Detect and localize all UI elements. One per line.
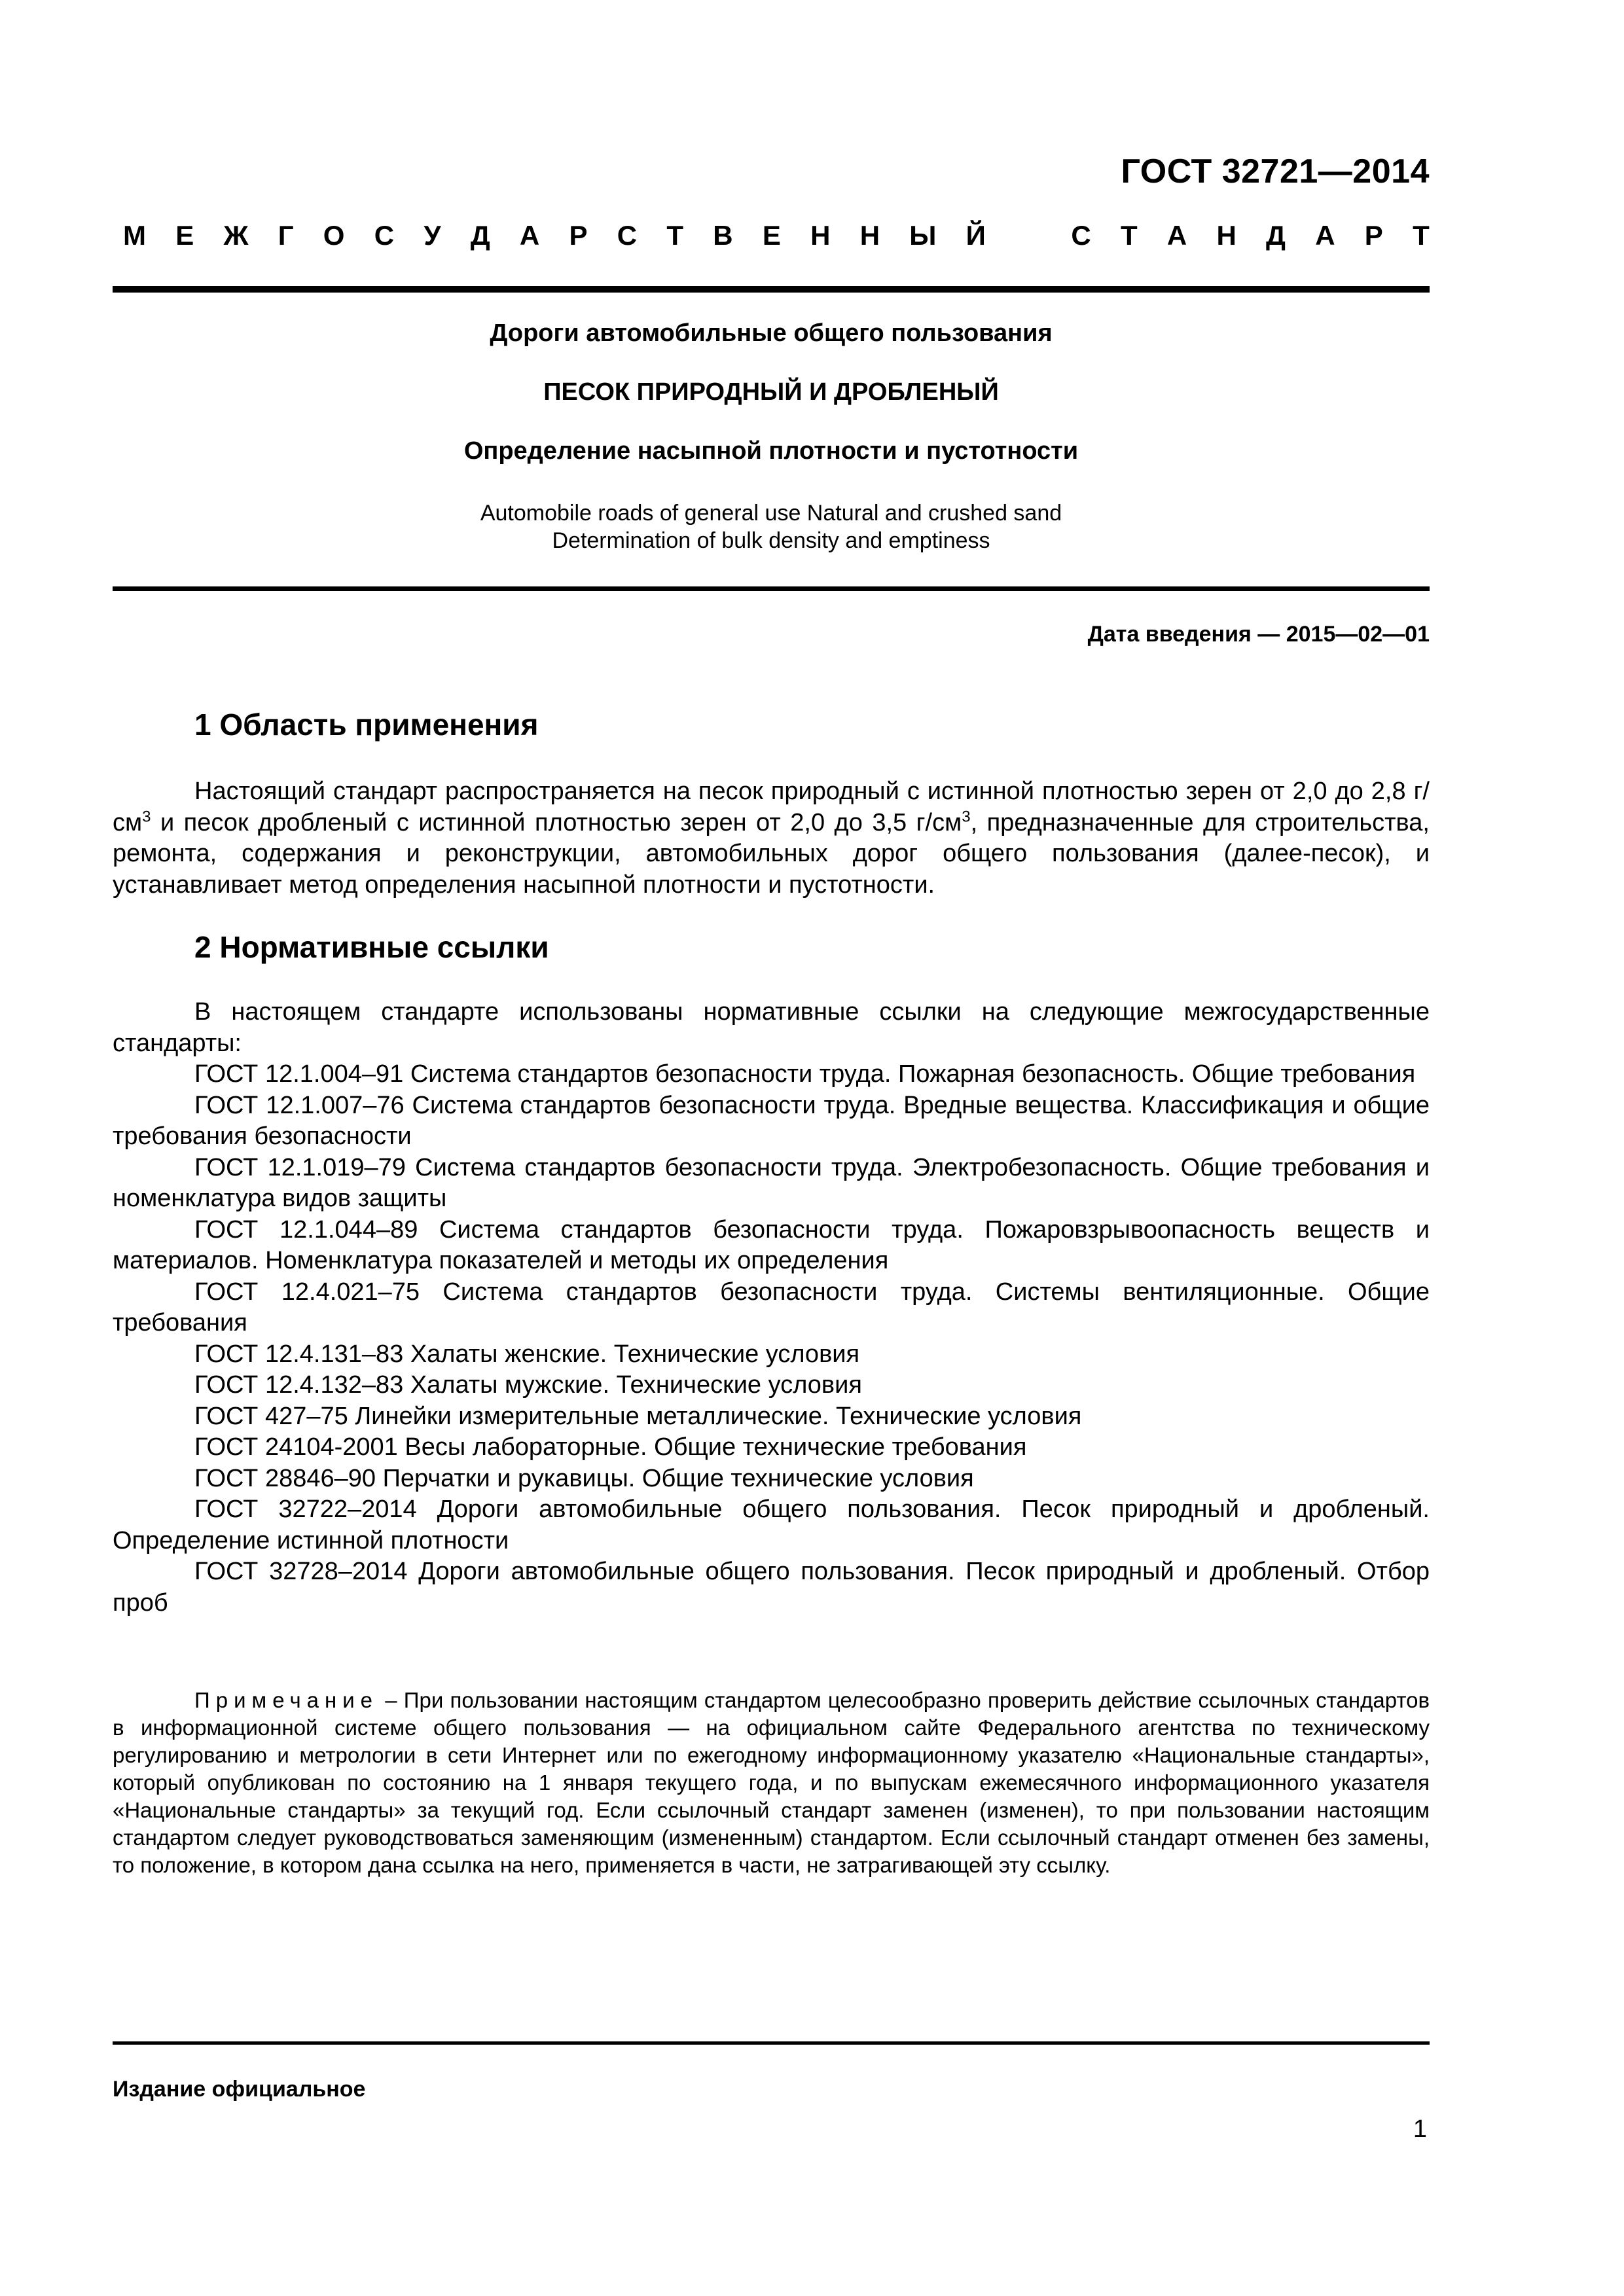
top-rule	[113, 286, 1430, 293]
standard-type-letter: С	[1071, 220, 1091, 251]
reference-list: ГОСТ 12.1.004–91 Система стандартов безо…	[113, 1059, 1430, 1619]
section-1-heading: 1 Область применения	[194, 707, 538, 742]
document-id: ГОСТ 32721—2014	[1121, 152, 1430, 191]
standard-type-letter: Н	[810, 220, 830, 251]
standard-type-letter: Й	[966, 220, 986, 251]
reference-item: ГОСТ 427–75 Линейки измерительные металл…	[113, 1401, 1430, 1433]
title-rule	[113, 586, 1430, 591]
reference-item: ГОСТ 12.4.131–83 Халаты женские. Техниче…	[113, 1339, 1430, 1371]
footer-rule	[113, 2041, 1430, 2045]
title-english-line2: Determination of bulk density and emptin…	[113, 527, 1430, 554]
standard-type-letter: В	[713, 220, 732, 251]
standard-type-letter: Д	[471, 220, 490, 251]
superscript: 3	[142, 808, 151, 825]
reference-item: ГОСТ 12.1.007–76 Система стандартов безо…	[113, 1090, 1430, 1153]
standard-type-letter: Т	[666, 220, 683, 251]
reference-item: ГОСТ 32722–2014 Дороги автомобильные общ…	[113, 1494, 1430, 1556]
standard-type-letter: С	[374, 220, 394, 251]
standard-type-letter: Д	[1266, 220, 1286, 251]
standard-type-letter: Е	[175, 220, 194, 251]
standard-type-letter: А	[520, 220, 539, 251]
standard-type-letter: Ж	[224, 220, 249, 251]
document-page: ГОСТ 32721—2014 МЕЖГОСУДАРСТВЕННЫЙ СТАНД…	[113, 0, 1430, 2296]
reference-item: ГОСТ 12.4.021–75 Система стандартов безо…	[113, 1277, 1430, 1339]
standard-type-letter: Т	[1121, 220, 1138, 251]
scope-paragraph: Настоящий стандарт распространяется на п…	[113, 776, 1430, 901]
standard-type-letter: Т	[1413, 220, 1430, 251]
reference-item: ГОСТ 12.4.132–83 Халаты мужские. Техниче…	[113, 1370, 1430, 1401]
standard-type-letter: А	[1167, 220, 1187, 251]
reference-item: ГОСТ 12.1.019–79 Система стандартов безо…	[113, 1153, 1430, 1215]
note-dash: –	[378, 1688, 404, 1712]
standard-type-letter: О	[323, 220, 345, 251]
section-2-heading: 2 Нормативные ссылки	[194, 929, 549, 965]
reference-item: ГОСТ 32728–2014 Дороги автомобильные общ…	[113, 1556, 1430, 1619]
standard-type-letter: У	[424, 220, 441, 251]
section-2-body: В настоящем стандарте использованы норма…	[113, 997, 1430, 1619]
standard-type-letter: Г	[278, 220, 294, 251]
title-main: ПЕСОК ПРИРОДНЫЙ И ДРОБЛЕНЫЙ	[113, 378, 1430, 406]
reference-item: ГОСТ 12.1.004–91 Система стандартов безо…	[113, 1059, 1430, 1090]
page-number: 1	[1413, 2115, 1427, 2144]
standard-type-heading: МЕЖГОСУДАРСТВЕННЫЙ СТАНДАРТ	[123, 220, 1430, 251]
title-english: Automobile roads of general use Natural …	[113, 499, 1430, 554]
standard-type-letter: Е	[763, 220, 781, 251]
standard-type-letter: Р	[1365, 220, 1383, 251]
standard-type-letter: С	[617, 220, 637, 251]
note-text: При пользовании настоящим стандартом цел…	[113, 1688, 1430, 1877]
title-subject: Дороги автомобильные общего пользования	[113, 319, 1430, 348]
reference-item: ГОСТ 12.1.044–89 Система стандартов безо…	[113, 1215, 1430, 1277]
note-block: Примечание – При пользовании настоящим с…	[113, 1687, 1430, 1879]
superscript: 3	[962, 808, 970, 825]
section-1-body: Настоящий стандарт распространяется на п…	[113, 776, 1430, 901]
references-intro: В настоящем стандарте использованы норма…	[113, 997, 1430, 1059]
note-paragraph: Примечание – При пользовании настоящим с…	[113, 1687, 1430, 1879]
reference-item: ГОСТ 28846–90 Перчатки и рукавицы. Общие…	[113, 1463, 1430, 1495]
reference-item: ГОСТ 24104-2001 Весы лабораторные. Общие…	[113, 1432, 1430, 1463]
standard-type-letter: Н	[860, 220, 880, 251]
introduction-date: Дата введения — 2015—02—01	[1088, 622, 1430, 647]
standard-type-letter: М	[123, 220, 146, 251]
standard-type-letter: Ы	[909, 220, 936, 251]
scope-text-part: и песок дробленый с истинной плотностью …	[151, 809, 962, 836]
standard-type-letter: Н	[1216, 220, 1236, 251]
official-edition-label: Издание официальное	[113, 2077, 365, 2102]
standard-type-letter	[1015, 220, 1041, 251]
note-label: Примечание	[194, 1688, 378, 1712]
standard-type-letter: А	[1315, 220, 1335, 251]
title-method: Определение насыпной плотности и пустотн…	[113, 437, 1430, 465]
title-english-line1: Automobile roads of general use Natural …	[113, 499, 1430, 527]
standard-type-letter: Р	[569, 220, 587, 251]
